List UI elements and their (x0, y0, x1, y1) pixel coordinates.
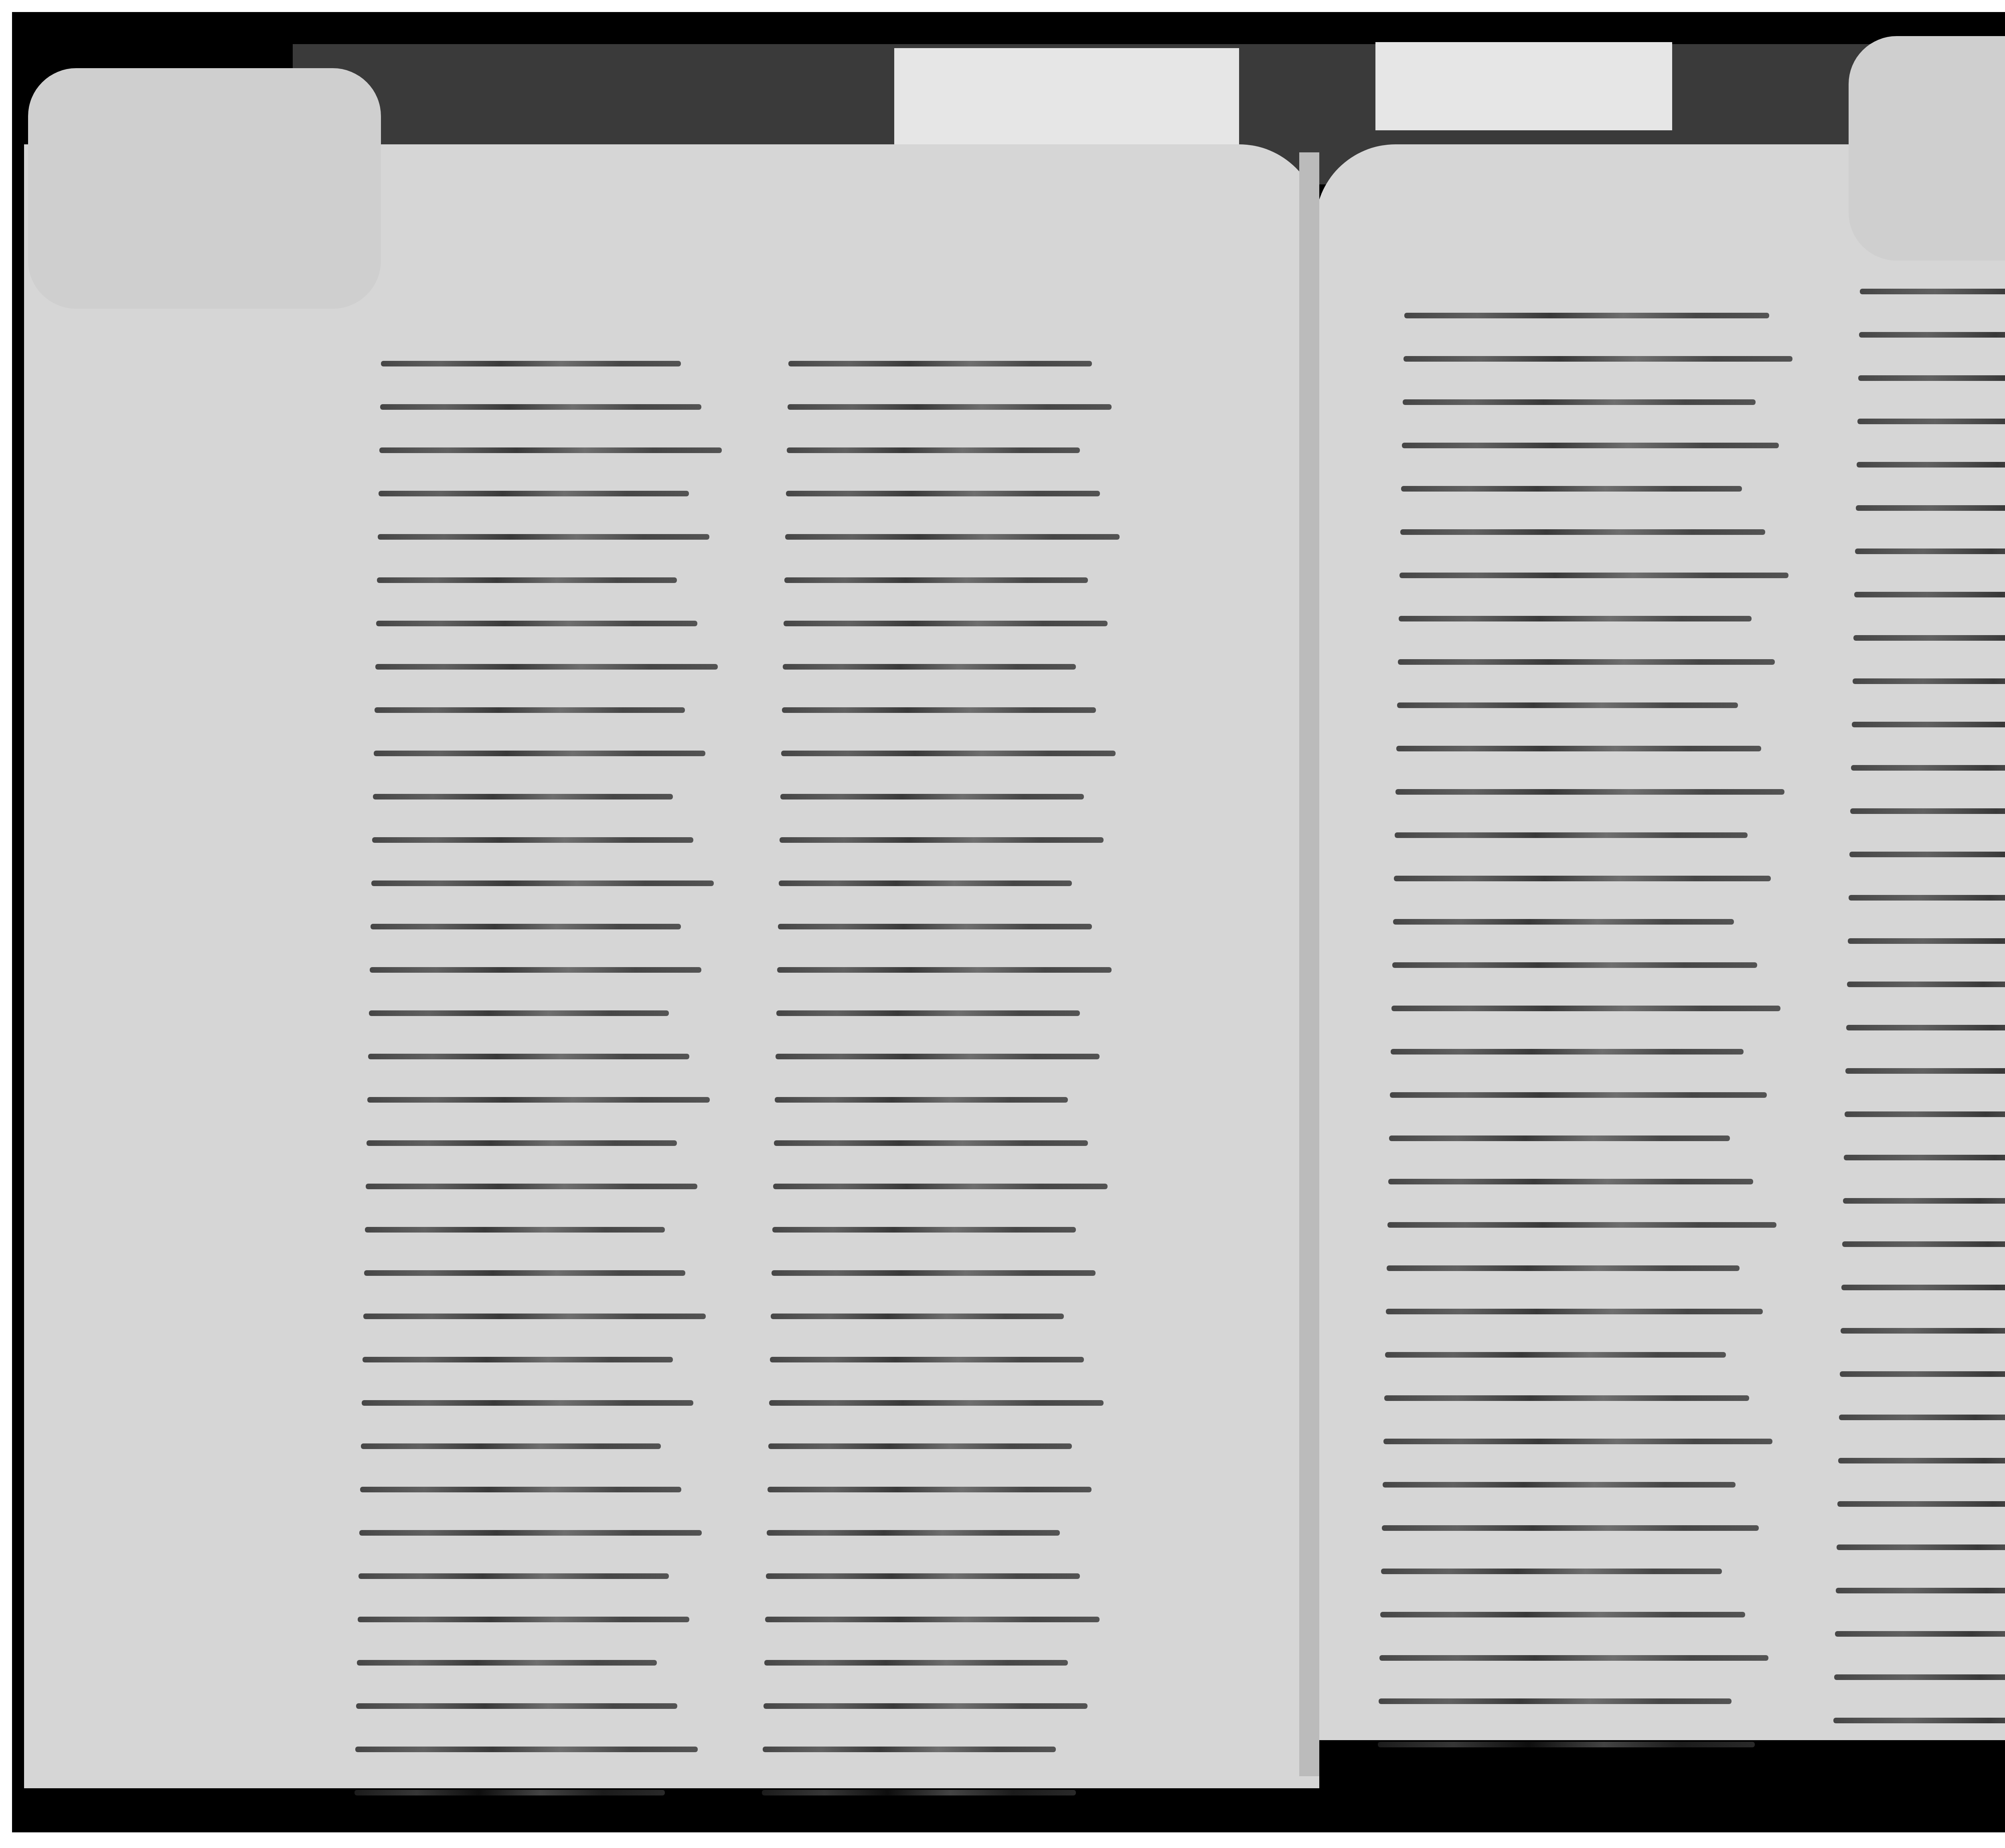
manuscript-line (780, 837, 1104, 843)
manuscript-line (1844, 1155, 2005, 1160)
manuscript-line (764, 1703, 1088, 1709)
manuscript-line (1399, 616, 1752, 621)
manuscript-line (1399, 573, 1788, 578)
manuscript-line (358, 1573, 669, 1579)
manuscript-line (775, 1097, 1068, 1103)
manuscript-line (1390, 1092, 1767, 1098)
manuscript-line (374, 751, 705, 756)
manuscript-line (379, 447, 722, 453)
manuscript-line (1389, 1136, 1730, 1141)
manuscript-line (373, 794, 673, 800)
manuscript-line (366, 1184, 697, 1189)
manuscript-line (1854, 592, 2005, 597)
manuscript-line (788, 404, 1112, 410)
manuscript-line (1393, 919, 1734, 925)
manuscript-line (1391, 1006, 1780, 1011)
manuscript-line (1384, 1395, 1749, 1401)
manuscript-line (1845, 1111, 2005, 1117)
manuscript-line (381, 361, 681, 366)
manuscript-line (1400, 529, 1765, 535)
manuscript-line (361, 1443, 661, 1449)
manuscript-line (363, 1314, 706, 1319)
manuscript-line (1848, 938, 2005, 944)
manuscript-line (1860, 289, 2005, 294)
manuscript-line (1394, 876, 1771, 881)
manuscript-line (1385, 1352, 1726, 1358)
manuscript-line (765, 1617, 1100, 1622)
manuscript-line (1403, 399, 1756, 405)
manuscript-line (1852, 722, 2005, 727)
manuscript-line (772, 1227, 1076, 1233)
manuscript-line (380, 404, 701, 410)
manuscript-line (771, 1314, 1064, 1319)
manuscript-line (763, 1747, 1056, 1752)
manuscript-line (375, 707, 685, 713)
manuscript-line (359, 1530, 702, 1536)
manuscript-line (1835, 1631, 2005, 1637)
manuscript-line (1857, 419, 2005, 424)
manuscript-line (1851, 765, 2005, 771)
manuscript-line (1383, 1439, 1772, 1444)
manuscript-line (1382, 1525, 1759, 1531)
manuscript-line (1386, 1309, 1763, 1314)
manuscript-line (784, 621, 1108, 626)
manuscript-line (371, 924, 681, 929)
manuscript-line (1853, 678, 2005, 684)
photo-frame (12, 12, 2005, 1832)
manuscript-line (1392, 962, 1757, 968)
manuscript-line (785, 534, 1120, 540)
manuscript-line (370, 967, 701, 973)
manuscript-line (772, 1270, 1096, 1276)
manuscript-line (1849, 895, 2005, 901)
manuscript-line (781, 751, 1116, 756)
manuscript-line (776, 1054, 1100, 1059)
manuscript-line (1840, 1371, 2005, 1377)
manuscript-line (1847, 982, 2005, 987)
left-page (24, 144, 1319, 1788)
manuscript-line (1841, 1285, 2005, 1290)
manuscript-line (1833, 1718, 2005, 1723)
manuscript-line (779, 880, 1072, 886)
manuscript-line (776, 1010, 1080, 1016)
manuscript-line (1850, 808, 2005, 814)
manuscript-line (784, 577, 1088, 583)
manuscript-line (372, 837, 693, 843)
manuscript-line (1845, 1068, 2005, 1074)
manuscript-line (767, 1530, 1060, 1536)
manuscript-line (1837, 1544, 2005, 1550)
manuscript-line (367, 1140, 677, 1146)
manuscript-line (1837, 1501, 2005, 1507)
manuscript-line (1855, 549, 2005, 554)
manuscript-line (368, 1054, 689, 1059)
manuscript-line (1391, 1049, 1744, 1055)
manuscript-line (364, 1270, 685, 1276)
manuscript-line (1395, 832, 1748, 838)
manuscript-line (1379, 1698, 1732, 1704)
manuscript-line (1378, 1742, 1755, 1747)
manuscript-line (1839, 1415, 2005, 1420)
manuscript-line (376, 621, 697, 626)
manuscript-line (379, 491, 689, 496)
manuscript-line (1381, 1569, 1722, 1574)
manuscript-line (768, 1487, 1092, 1492)
manuscript-line (777, 967, 1112, 973)
manuscript-line (1858, 375, 2005, 381)
paper-strip-left (894, 48, 1239, 152)
manuscript-line (1379, 1655, 1768, 1661)
manuscript-line (355, 1747, 698, 1752)
manuscript-line (762, 1790, 1076, 1795)
manuscript-line (371, 880, 714, 886)
manuscript-line (1402, 443, 1779, 448)
manuscript-line (1404, 313, 1769, 318)
manuscript-line (1380, 1612, 1745, 1617)
manuscript-line (778, 924, 1092, 929)
manuscript-line (1841, 1328, 2005, 1334)
manuscript-line (1383, 1482, 1736, 1488)
manuscript-line (1838, 1458, 2005, 1463)
manuscript-line (1397, 702, 1738, 708)
manuscript-line (367, 1097, 710, 1103)
manuscript-line (782, 707, 1096, 713)
manuscript-line (1856, 505, 2005, 511)
manuscript-line (1853, 635, 2005, 641)
manuscript-line (773, 1184, 1108, 1189)
manuscript-line (788, 361, 1092, 366)
manuscript-line (764, 1660, 1068, 1666)
manuscript-line (786, 491, 1100, 496)
manuscript-line (363, 1357, 673, 1362)
manuscript-line (769, 1400, 1104, 1406)
manuscript-line (768, 1443, 1072, 1449)
manuscript-line (774, 1140, 1088, 1146)
left-hand (28, 68, 381, 309)
manuscript-line (1387, 1222, 1776, 1228)
manuscript-line (360, 1487, 681, 1492)
manuscript-line (1842, 1241, 2005, 1247)
manuscript-line (365, 1227, 665, 1233)
manuscript-line (783, 664, 1076, 670)
manuscript-line (375, 664, 718, 670)
manuscript-line (1846, 1025, 2005, 1030)
manuscript-line (1401, 486, 1742, 492)
manuscript-line (1834, 1674, 2005, 1680)
manuscript-line (356, 1703, 677, 1709)
paper-strip-right (1375, 42, 1672, 130)
right-hand (1849, 36, 2005, 261)
manuscript-line (1859, 332, 2005, 338)
manuscript-line (1387, 1265, 1740, 1271)
manuscript-line (770, 1357, 1084, 1362)
manuscript-line (766, 1573, 1080, 1579)
manuscript-line (357, 1660, 657, 1666)
manuscript-line (780, 794, 1084, 800)
manuscript-line (378, 534, 709, 540)
manuscript-line (358, 1617, 689, 1622)
manuscript-line (369, 1010, 669, 1016)
manuscript-line (1857, 462, 2005, 468)
manuscript-line (1388, 1179, 1753, 1184)
manuscript-line (1395, 789, 1784, 795)
manuscript-line (787, 447, 1080, 453)
manuscript-line (377, 577, 677, 583)
manuscript-line (1396, 746, 1761, 751)
manuscript-line (354, 1790, 665, 1795)
manuscript-line (1403, 356, 1792, 362)
manuscript-line (362, 1400, 693, 1406)
manuscript-line (1398, 659, 1775, 665)
manuscript-line (1843, 1198, 2005, 1204)
manuscript-line (1836, 1588, 2005, 1593)
book-gutter (1299, 152, 1319, 1776)
manuscript-line (1849, 852, 2005, 857)
